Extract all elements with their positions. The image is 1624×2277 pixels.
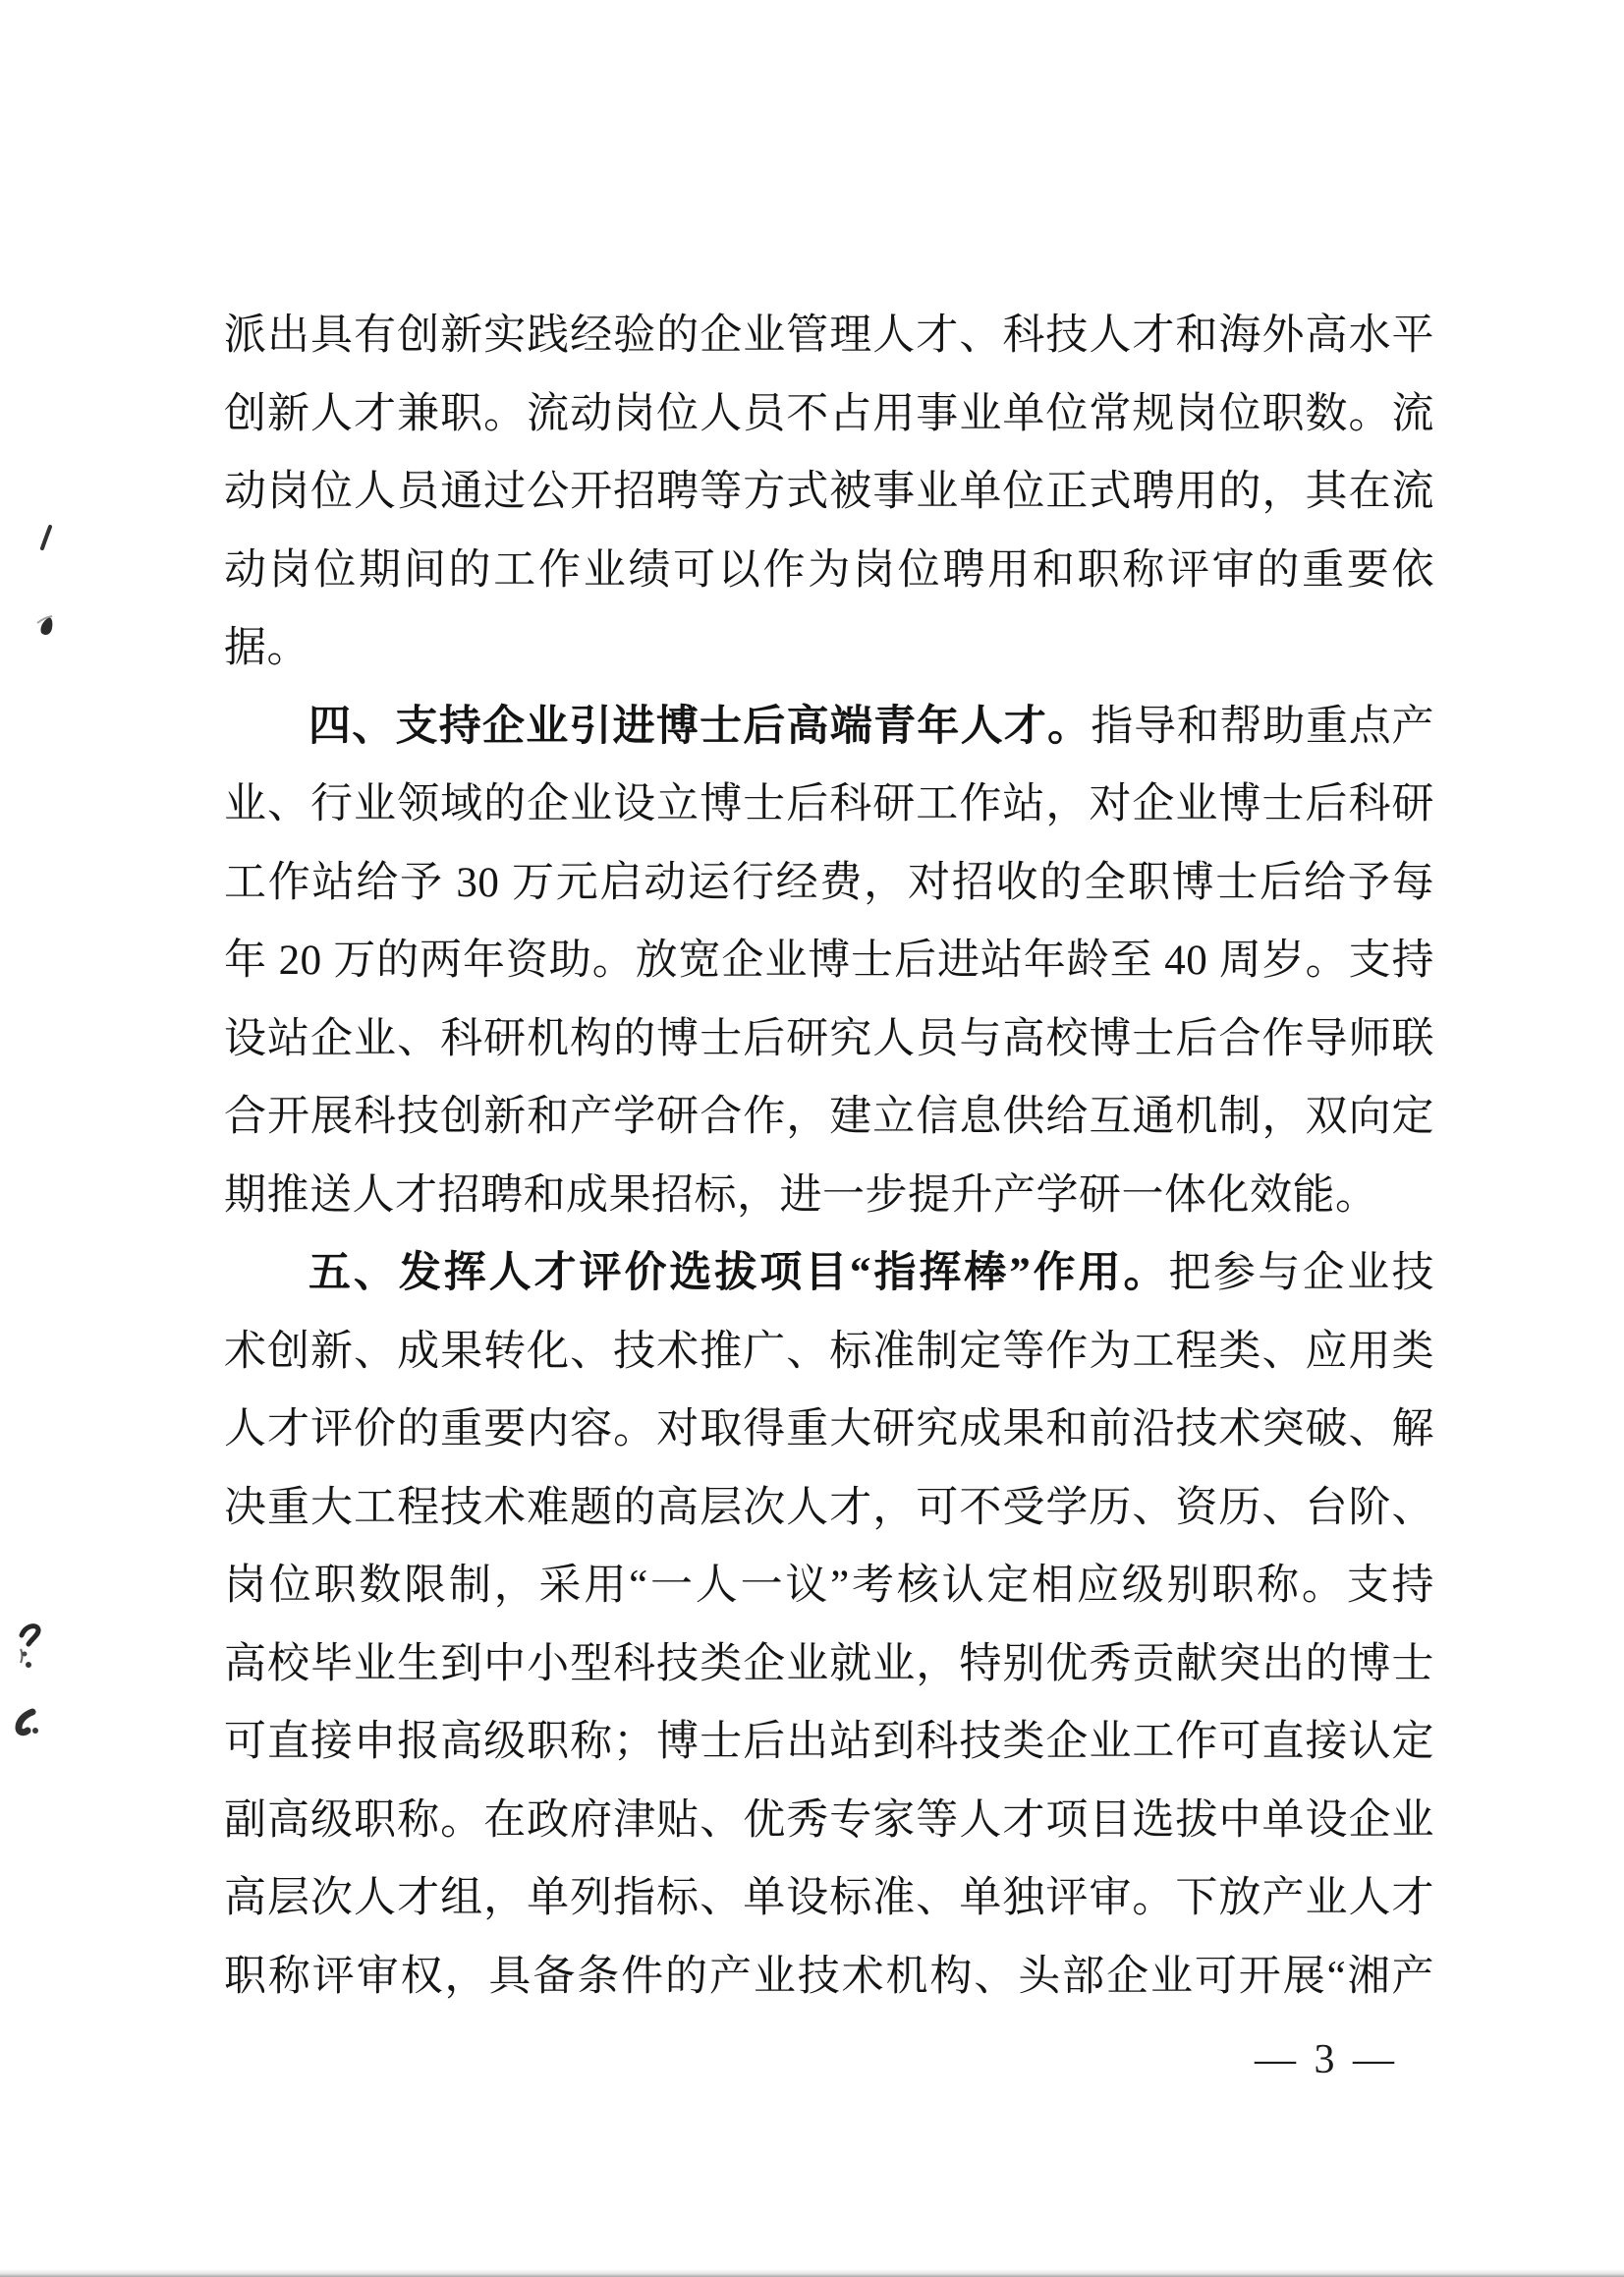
text-line: 四、支持企业引进博士后高端青年人才。指导和帮助重点产 (224, 688, 1434, 767)
text-segment: 业、行业领域的企业设立博士后科研工作站，对企业博士后科研 (224, 781, 1434, 827)
text-line: 动岗位期间的工作业绩可以作为岗位聘用和职称评审的重要依 (224, 532, 1434, 610)
document-body: 派出具有创新实践经验的企业管理人才、科技人才和海外高水平创新人才兼职。流动岗位人… (224, 297, 1434, 2016)
ink-mark-icon (14, 1708, 41, 1742)
text-line: 动岗位人员通过公开招聘等方式被事业单位正式聘用的，其在流 (224, 453, 1434, 532)
text-segment: 合开展科技创新和产学研合作，建立信息供给互通机制，双向定 (224, 1094, 1434, 1140)
text-segment: 动岗位人员通过公开招聘等方式被事业单位正式聘用的，其在流 (224, 469, 1434, 515)
scan-bottom-edge (0, 2269, 1624, 2277)
text-segment: 岗位职数限制，采用“一人一议”考核认定相应级别职称。支持 (224, 1563, 1434, 1609)
text-line: 人才评价的重要内容。对取得重大研究成果和前沿技术突破、解 (224, 1391, 1434, 1469)
text-segment: 年 20 万的两年资助。放宽企业博士后进站年龄至 40 周岁。支持 (224, 938, 1434, 984)
text-segment: 高层次人才组，单列指标、单设标准、单独评审。下放产业人才 (224, 1875, 1434, 1921)
text-line: 创新人才兼职。流动岗位人员不占用事业单位常规岗位职数。流 (224, 375, 1434, 454)
text-segment: 动岗位期间的工作业绩可以作为岗位聘用和职称评审的重要依 (224, 547, 1434, 594)
text-segment: 把参与企业技 (1168, 1250, 1434, 1296)
heading-segment: 四、支持企业引进博士后高端青年人才。 (308, 704, 1091, 750)
text-line: 工作站给予 30 万元启动运行经费，对招收的全职博士后给予每 (224, 844, 1434, 923)
document-page: 派出具有创新实践经验的企业管理人才、科技人才和海外高水平创新人才兼职。流动岗位人… (0, 0, 1624, 2277)
text-segment: 人才评价的重要内容。对取得重大研究成果和前沿技术突破、解 (224, 1406, 1434, 1452)
text-line: 决重大工程技术难题的高层次人才，可不受学历、资历、台阶、 (224, 1469, 1434, 1548)
text-line: 设站企业、科研机构的博士后研究人员与高校博士后合作导师联 (224, 1000, 1434, 1079)
text-segment: 设站企业、科研机构的博士后研究人员与高校博士后合作导师联 (224, 1016, 1434, 1062)
text-segment: 据。 (224, 625, 309, 671)
text-line: 年 20 万的两年资助。放宽企业博士后进站年龄至 40 周岁。支持 (224, 922, 1434, 1000)
text-line: 合开展科技创新和产学研合作，建立信息供给互通机制，双向定 (224, 1078, 1434, 1157)
text-line: 业、行业领域的企业设立博士后科研工作站，对企业博士后科研 (224, 766, 1434, 844)
heading-segment: 五、发挥人才评价选拔项目“指挥棒”作用。 (308, 1250, 1168, 1296)
text-line: 五、发挥人才评价选拔项目“指挥棒”作用。把参与企业技 (224, 1234, 1434, 1313)
text-segment: 可直接申报高级职称；博士后出站到科技类企业工作可直接认定 (224, 1719, 1434, 1765)
text-line: 期推送人才招聘和成果招标，进一步提升产学研一体化效能。 (224, 1157, 1434, 1235)
text-line: 副高级职称。在政府津贴、优秀专家等人才项目选拔中单设企业 (224, 1782, 1434, 1860)
text-line: 据。 (224, 609, 1434, 688)
text-segment: 职称评审权，具备条件的产业技术机构、头部企业可开展“湘产 (224, 1954, 1434, 2000)
text-segment: 术创新、成果转化、技术推广、标准制定等作为工程类、应用类 (224, 1329, 1434, 1375)
text-line: 职称评审权，具备条件的产业技术机构、头部企业可开展“湘产 (224, 1938, 1434, 2017)
ink-mark-icon (39, 525, 53, 555)
text-segment: 派出具有创新实践经验的企业管理人才、科技人才和海外高水平 (224, 313, 1434, 359)
text-line: 岗位职数限制，采用“一人一议”考核认定相应级别职称。支持 (224, 1547, 1434, 1625)
text-line: 高校毕业生到中小型科技类企业就业，特别优秀贡献突出的博士 (224, 1625, 1434, 1704)
text-line: 可直接申报高级职称；博士后出站到科技类企业工作可直接认定 (224, 1703, 1434, 1782)
ink-mark-icon (16, 1622, 43, 1678)
text-segment: 创新人才兼职。流动岗位人员不占用事业单位常规岗位职数。流 (224, 391, 1434, 437)
text-segment: 高校毕业生到中小型科技类企业就业，特别优秀贡献突出的博士 (224, 1641, 1434, 1687)
page-number: — 3 — (1248, 2030, 1405, 2089)
text-segment: 工作站给予 30 万元启动运行经费，对招收的全职博士后给予每 (224, 860, 1434, 906)
text-segment: 期推送人才招聘和成果招标，进一步提升产学研一体化效能。 (224, 1172, 1378, 1219)
ink-mark-icon (34, 611, 58, 644)
text-segment: 指导和帮助重点产 (1091, 704, 1434, 750)
text-line: 高层次人才组，单列指标、单设标准、单独评审。下放产业人才 (224, 1859, 1434, 1938)
text-line: 派出具有创新实践经验的企业管理人才、科技人才和海外高水平 (224, 297, 1434, 375)
text-segment: 决重大工程技术难题的高层次人才，可不受学历、资历、台阶、 (224, 1485, 1434, 1531)
text-segment: 副高级职称。在政府津贴、优秀专家等人才项目选拔中单设企业 (224, 1797, 1434, 1844)
text-line: 术创新、成果转化、技术推广、标准制定等作为工程类、应用类 (224, 1313, 1434, 1392)
